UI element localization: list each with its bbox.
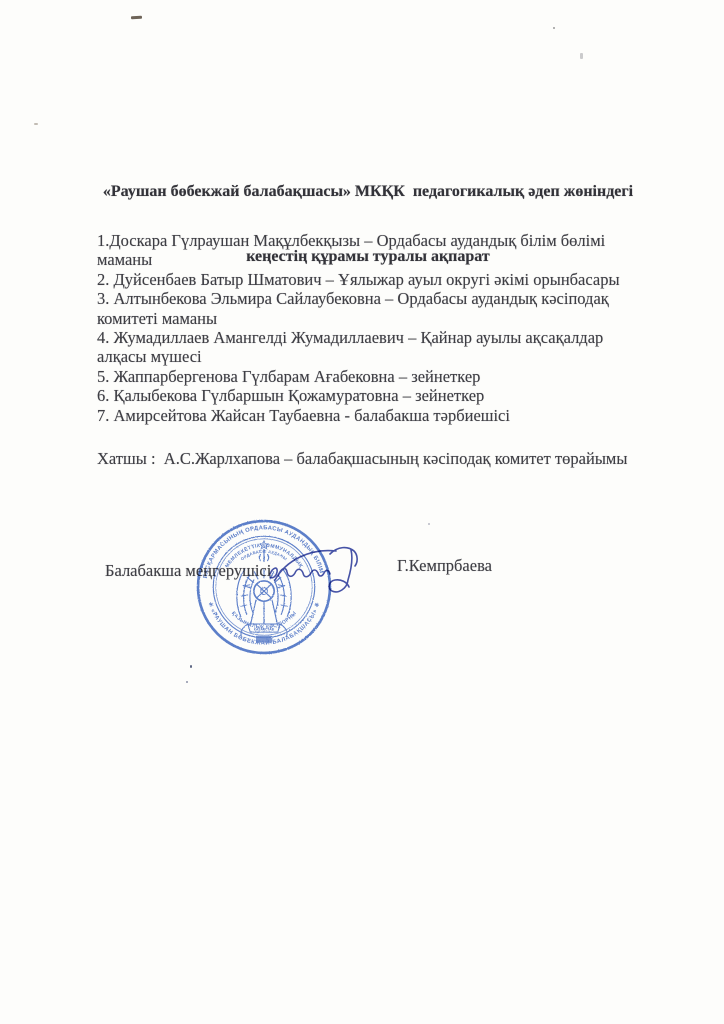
member-item: 3. Алтынбекова Эльмира Сайлаубековна – О… xyxy=(97,289,669,328)
member-item: 6. Қалыбекова Гүлбаршын Қожамуратовна – … xyxy=(97,386,669,405)
scan-artifact xyxy=(580,53,583,59)
stamp-banner-text: ҚАЗАҚСТАН xyxy=(254,628,275,632)
scan-artifact xyxy=(34,123,38,125)
scan-artifact xyxy=(553,27,555,29)
member-item: 5. Жаппарбергенова Гүлбарам Ағабековна –… xyxy=(97,367,669,386)
document-title-line1: «Раушан бөбекжай балабақшасы» МКҚК педаг… xyxy=(42,181,694,203)
members-list: 1.Доскара Гүлраушан Мақұлбекқызы – Ордаб… xyxy=(97,231,669,425)
scan-artifact xyxy=(190,665,192,668)
scan-artifact xyxy=(428,523,430,525)
signature-strokes xyxy=(270,548,357,592)
scan-artifact xyxy=(186,681,188,683)
secretary-line: Хатшы : А.С.Жарлхапова – балабақшасының … xyxy=(97,449,687,468)
member-item: 4. Жумадиллаев Амангелді Жумадиллаевич –… xyxy=(97,328,669,367)
signoff-name: Г.Кемпрбаева xyxy=(397,556,492,576)
scan-artifact xyxy=(131,16,142,20)
scanned-document-page: «Раушан бөбекжай балабақшасы» МКҚК педаг… xyxy=(0,0,724,1024)
member-item: 2. Дуйсенбаев Батыр Шматович – Ұялыжар а… xyxy=(97,270,669,289)
signature-ink xyxy=(266,542,366,600)
member-item: 1.Доскара Гүлраушан Мақұлбекқызы – Ордаб… xyxy=(97,231,669,270)
member-item: 7. Амирсейтова Жайсан Таубаевна - балаба… xyxy=(97,406,669,425)
